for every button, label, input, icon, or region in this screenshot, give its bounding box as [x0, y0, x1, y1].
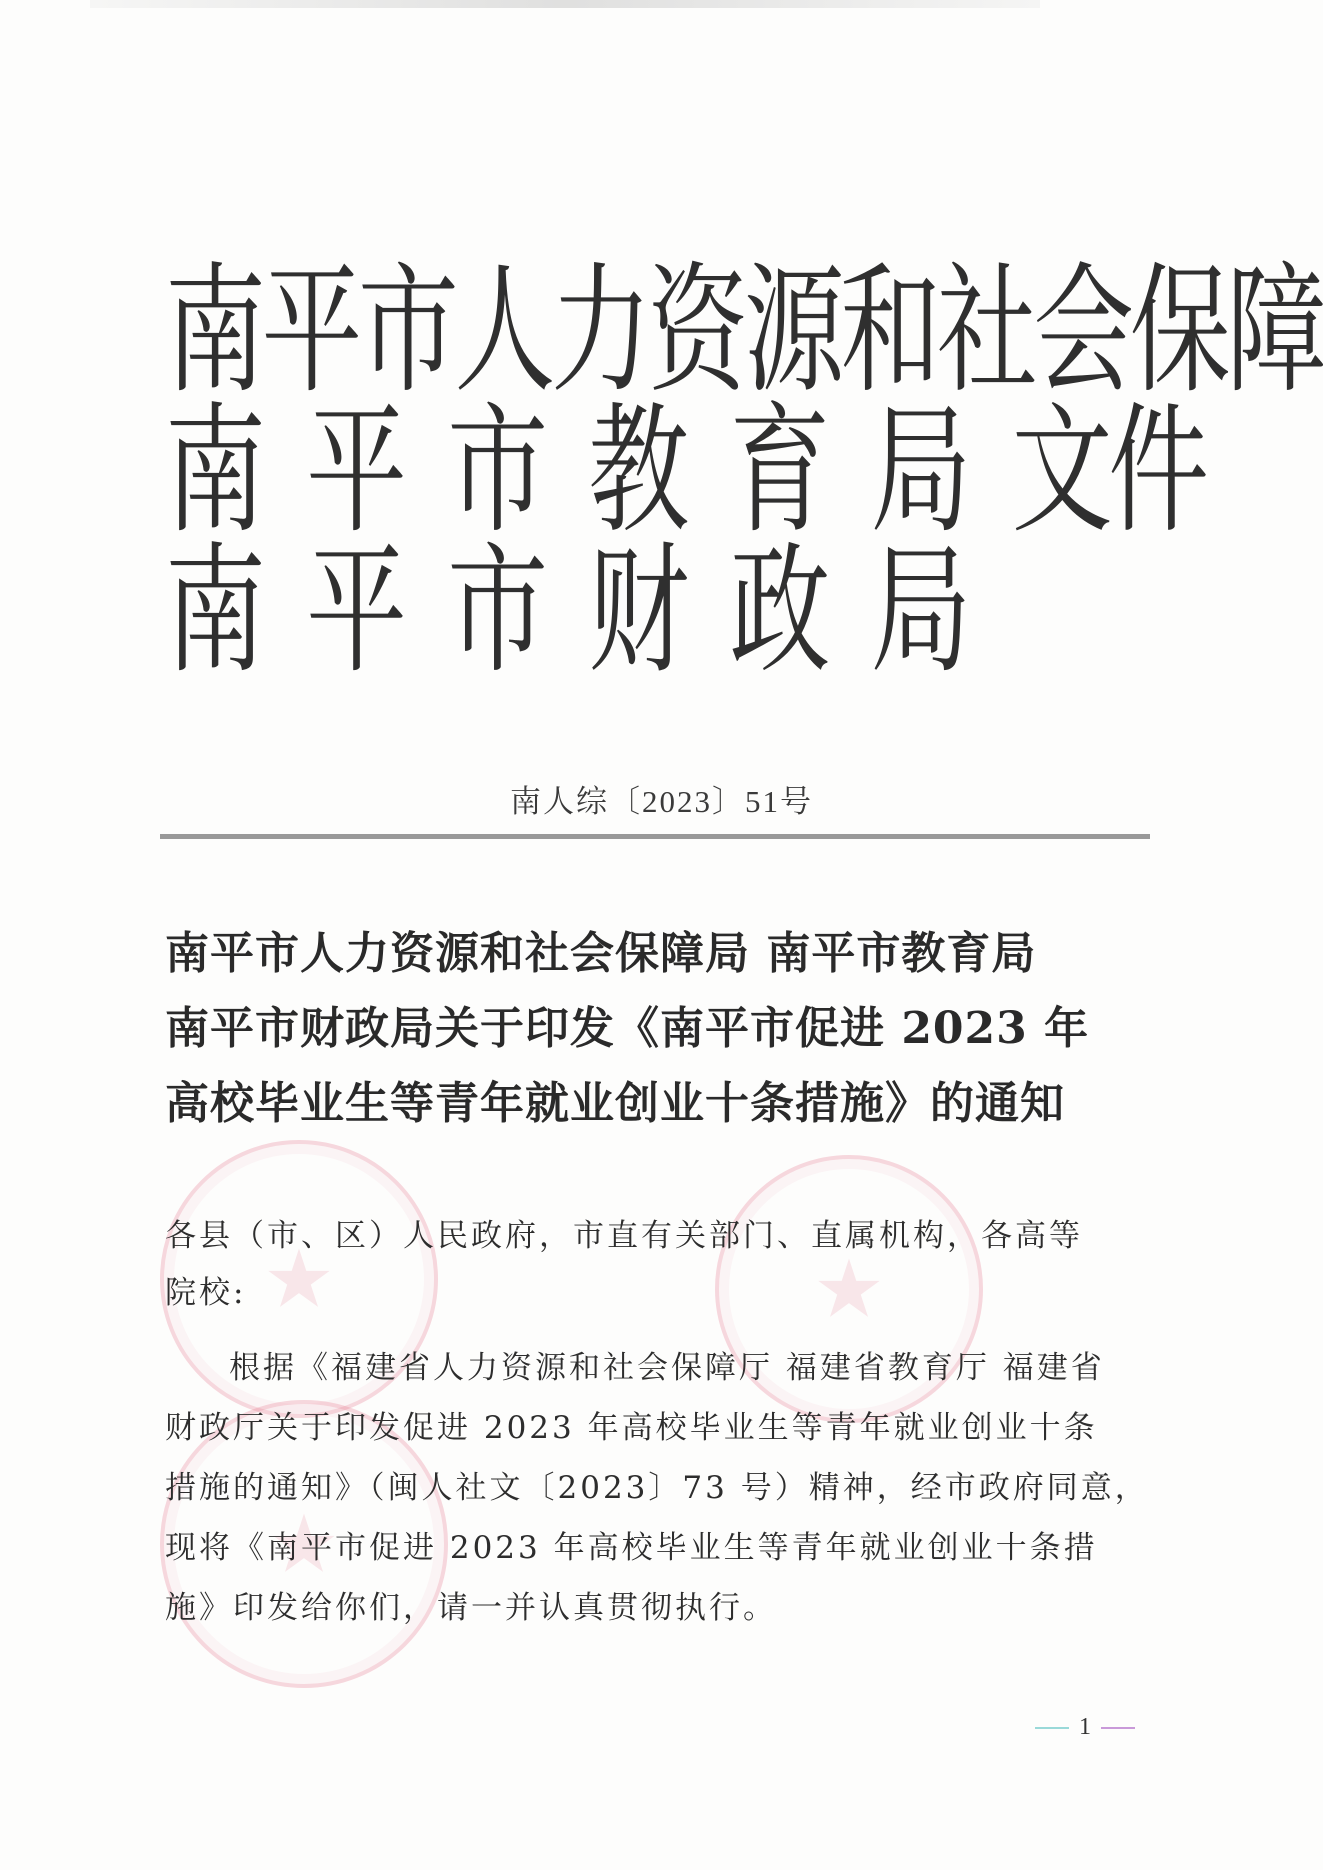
- document-title: 南平市人力资源和社会保障局 南平市教育局 南平市财政局关于印发《南平市促进 20…: [165, 916, 1125, 1141]
- header-line-text: 南平市教育局: [165, 390, 1012, 553]
- page-number: 1: [1035, 1714, 1135, 1741]
- header-line-text: 南平市人力资源和社会保障局: [165, 250, 1323, 413]
- salutation-line: 院校:: [165, 1265, 1125, 1322]
- salutation-line: 各县（市、区）人民政府，市直有关部门、直属机构，各高等: [165, 1208, 1125, 1265]
- paragraph-line: 施》印发给你们，请一并认真贯彻执行。: [165, 1578, 1125, 1638]
- header-line-finance: 南平市财政局: [165, 542, 885, 682]
- paragraph-line: 财政厅关于印发促进 2023 年高校毕业生等青年就业创业十条: [165, 1398, 1125, 1458]
- header-line-hrss: 南平市人力资源和社会保障局: [165, 262, 885, 402]
- paragraph-line: 现将《南平市促进 2023 年高校毕业生等青年就业创业十条措: [165, 1518, 1125, 1578]
- title-line: 南平市财政局关于印发《南平市促进 2023 年: [165, 991, 1125, 1066]
- header-line-text: 南平市财政局: [165, 530, 1012, 693]
- header-line-education: 南平市教育局文件: [165, 402, 885, 542]
- body-paragraph: 根据《福建省人力资源和社会保障厅 福建省教育厅 福建省 财政厅关于印发促进 20…: [165, 1338, 1125, 1638]
- page-dash-right: [1101, 1727, 1135, 1729]
- salutation: 各县（市、区）人民政府，市直有关部门、直属机构，各高等 院校:: [165, 1208, 1125, 1322]
- paragraph-line: 措施的通知》（闽人社文〔2023〕73 号）精神，经市政府同意，: [165, 1458, 1125, 1518]
- page-number-value: 1: [1079, 1714, 1091, 1741]
- paragraph-line: 根据《福建省人力资源和社会保障厅 福建省教育厅 福建省: [165, 1338, 1125, 1398]
- issuing-authorities-header: 南平市人力资源和社会保障局 南平市教育局文件 南平市财政局: [165, 262, 1165, 682]
- title-line: 高校毕业生等青年就业创业十条措施》的通知: [165, 1066, 1125, 1141]
- page-dash-left: [1035, 1727, 1069, 1729]
- title-line: 南平市人力资源和社会保障局 南平市教育局: [165, 916, 1125, 991]
- document-number: 南人综〔2023〕51号: [0, 776, 1323, 821]
- scan-artifact: [90, 0, 1040, 8]
- header-divider-rule: [160, 834, 1150, 839]
- header-suffix-text: 文件: [1012, 390, 1205, 553]
